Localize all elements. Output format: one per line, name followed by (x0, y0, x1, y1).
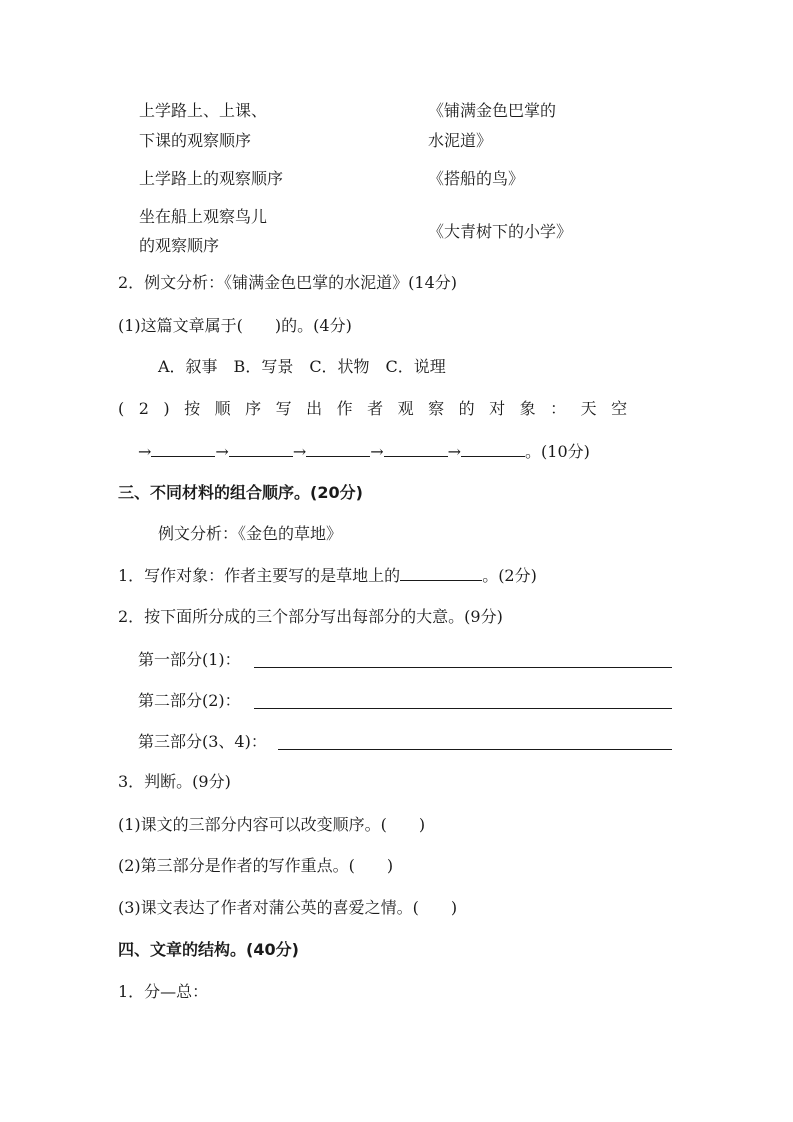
arrow-icon: → (293, 442, 306, 461)
part-1-label: 第一部分(1)： (138, 650, 241, 670)
part-3-label: 第三部分(3、4)： (138, 732, 267, 752)
section3-example: 例文分析：《金色的草地》 (158, 524, 342, 544)
answer-blank-3[interactable] (306, 441, 370, 457)
part-3-answer-line[interactable] (278, 734, 672, 750)
s3-q1-suffix: 。(2分) (482, 566, 537, 585)
section4-heading: 四、文章的结构。(40分) (118, 940, 299, 960)
match-right-2: 《搭船的鸟》 (428, 169, 524, 189)
match-right-1-line2: 水泥道》 (428, 131, 492, 151)
part-2-answer-line[interactable] (254, 693, 672, 709)
judgement-3-text: (3)课文表达了作者对蒲公英的喜爱之情。( (118, 898, 419, 917)
match-right-1-line1: 《铺满金色巴掌的 (428, 101, 556, 121)
s3-q1: 1．写作对象：作者主要写的是草地上的。(2分) (118, 565, 537, 586)
s4-q1: 1．分—总： (118, 982, 208, 1002)
judgement-2: (2)第三部分是作者的写作重点。() (118, 856, 393, 876)
q2-1-options: A．叙事 B．写景 C．状物 C．说理 (158, 357, 446, 377)
close-paren: ) (387, 856, 393, 875)
q2-1-question: (1)这篇文章属于()的。(4分) (118, 316, 352, 336)
q2-1-suffix: )的。(4分) (275, 316, 352, 335)
arrow-icon: → (370, 442, 383, 461)
q2-2-question: (2)按顺序写出作者观察的对象：天空 (118, 399, 642, 419)
arrow-icon: → (215, 442, 228, 461)
match-left-1-line1: 上学路上、上课、 (139, 101, 267, 121)
answer-blank-1[interactable] (151, 441, 215, 457)
part-1-answer-line[interactable] (254, 652, 672, 668)
q2-1-prefix: (1)这篇文章属于( (118, 316, 243, 335)
s3-q3-title: 3．判断。(9分) (118, 772, 231, 792)
q2-title: 2．例文分析：《铺满金色巴掌的水泥道》(14分) (118, 273, 457, 293)
section3-heading: 三、不同材料的组合顺序。(20分) (118, 483, 363, 503)
arrow-icon: → (138, 442, 151, 461)
answer-blank-5[interactable] (461, 441, 525, 457)
q2-2-end: 。(10分) (525, 442, 590, 461)
s3-q1-prefix: 1．写作对象：作者主要写的是草地上的 (118, 566, 400, 585)
judgement-1-text: (1)课文的三部分内容可以改变顺序。( (118, 815, 387, 834)
s3-q1-blank[interactable] (400, 565, 482, 581)
match-right-3: 《大青树下的小学》 (428, 222, 572, 242)
arrow-icon: → (448, 442, 461, 461)
judgement-1: (1)课文的三部分内容可以改变顺序。() (118, 815, 425, 835)
close-paren: ) (419, 815, 425, 834)
match-left-1-line2: 下课的观察顺序 (139, 131, 251, 151)
match-left-2: 上学路上的观察顺序 (139, 169, 283, 189)
close-paren: ) (451, 898, 457, 917)
answer-blank-2[interactable] (229, 441, 293, 457)
match-left-3-line1: 坐在船上观察鸟儿 (139, 207, 267, 227)
answer-blank-4[interactable] (384, 441, 448, 457)
part-2-label: 第二部分(2)： (138, 691, 241, 711)
match-left-3-line2: 的观察顺序 (139, 236, 219, 256)
judgement-2-text: (2)第三部分是作者的写作重点。( (118, 856, 355, 875)
s3-q2-title: 2．按下面所分成的三个部分写出每部分的大意。(9分) (118, 607, 503, 627)
q2-2-answer-row: →→→→→。(10分) (138, 441, 590, 462)
judgement-3: (3)课文表达了作者对蒲公英的喜爱之情。() (118, 898, 457, 918)
